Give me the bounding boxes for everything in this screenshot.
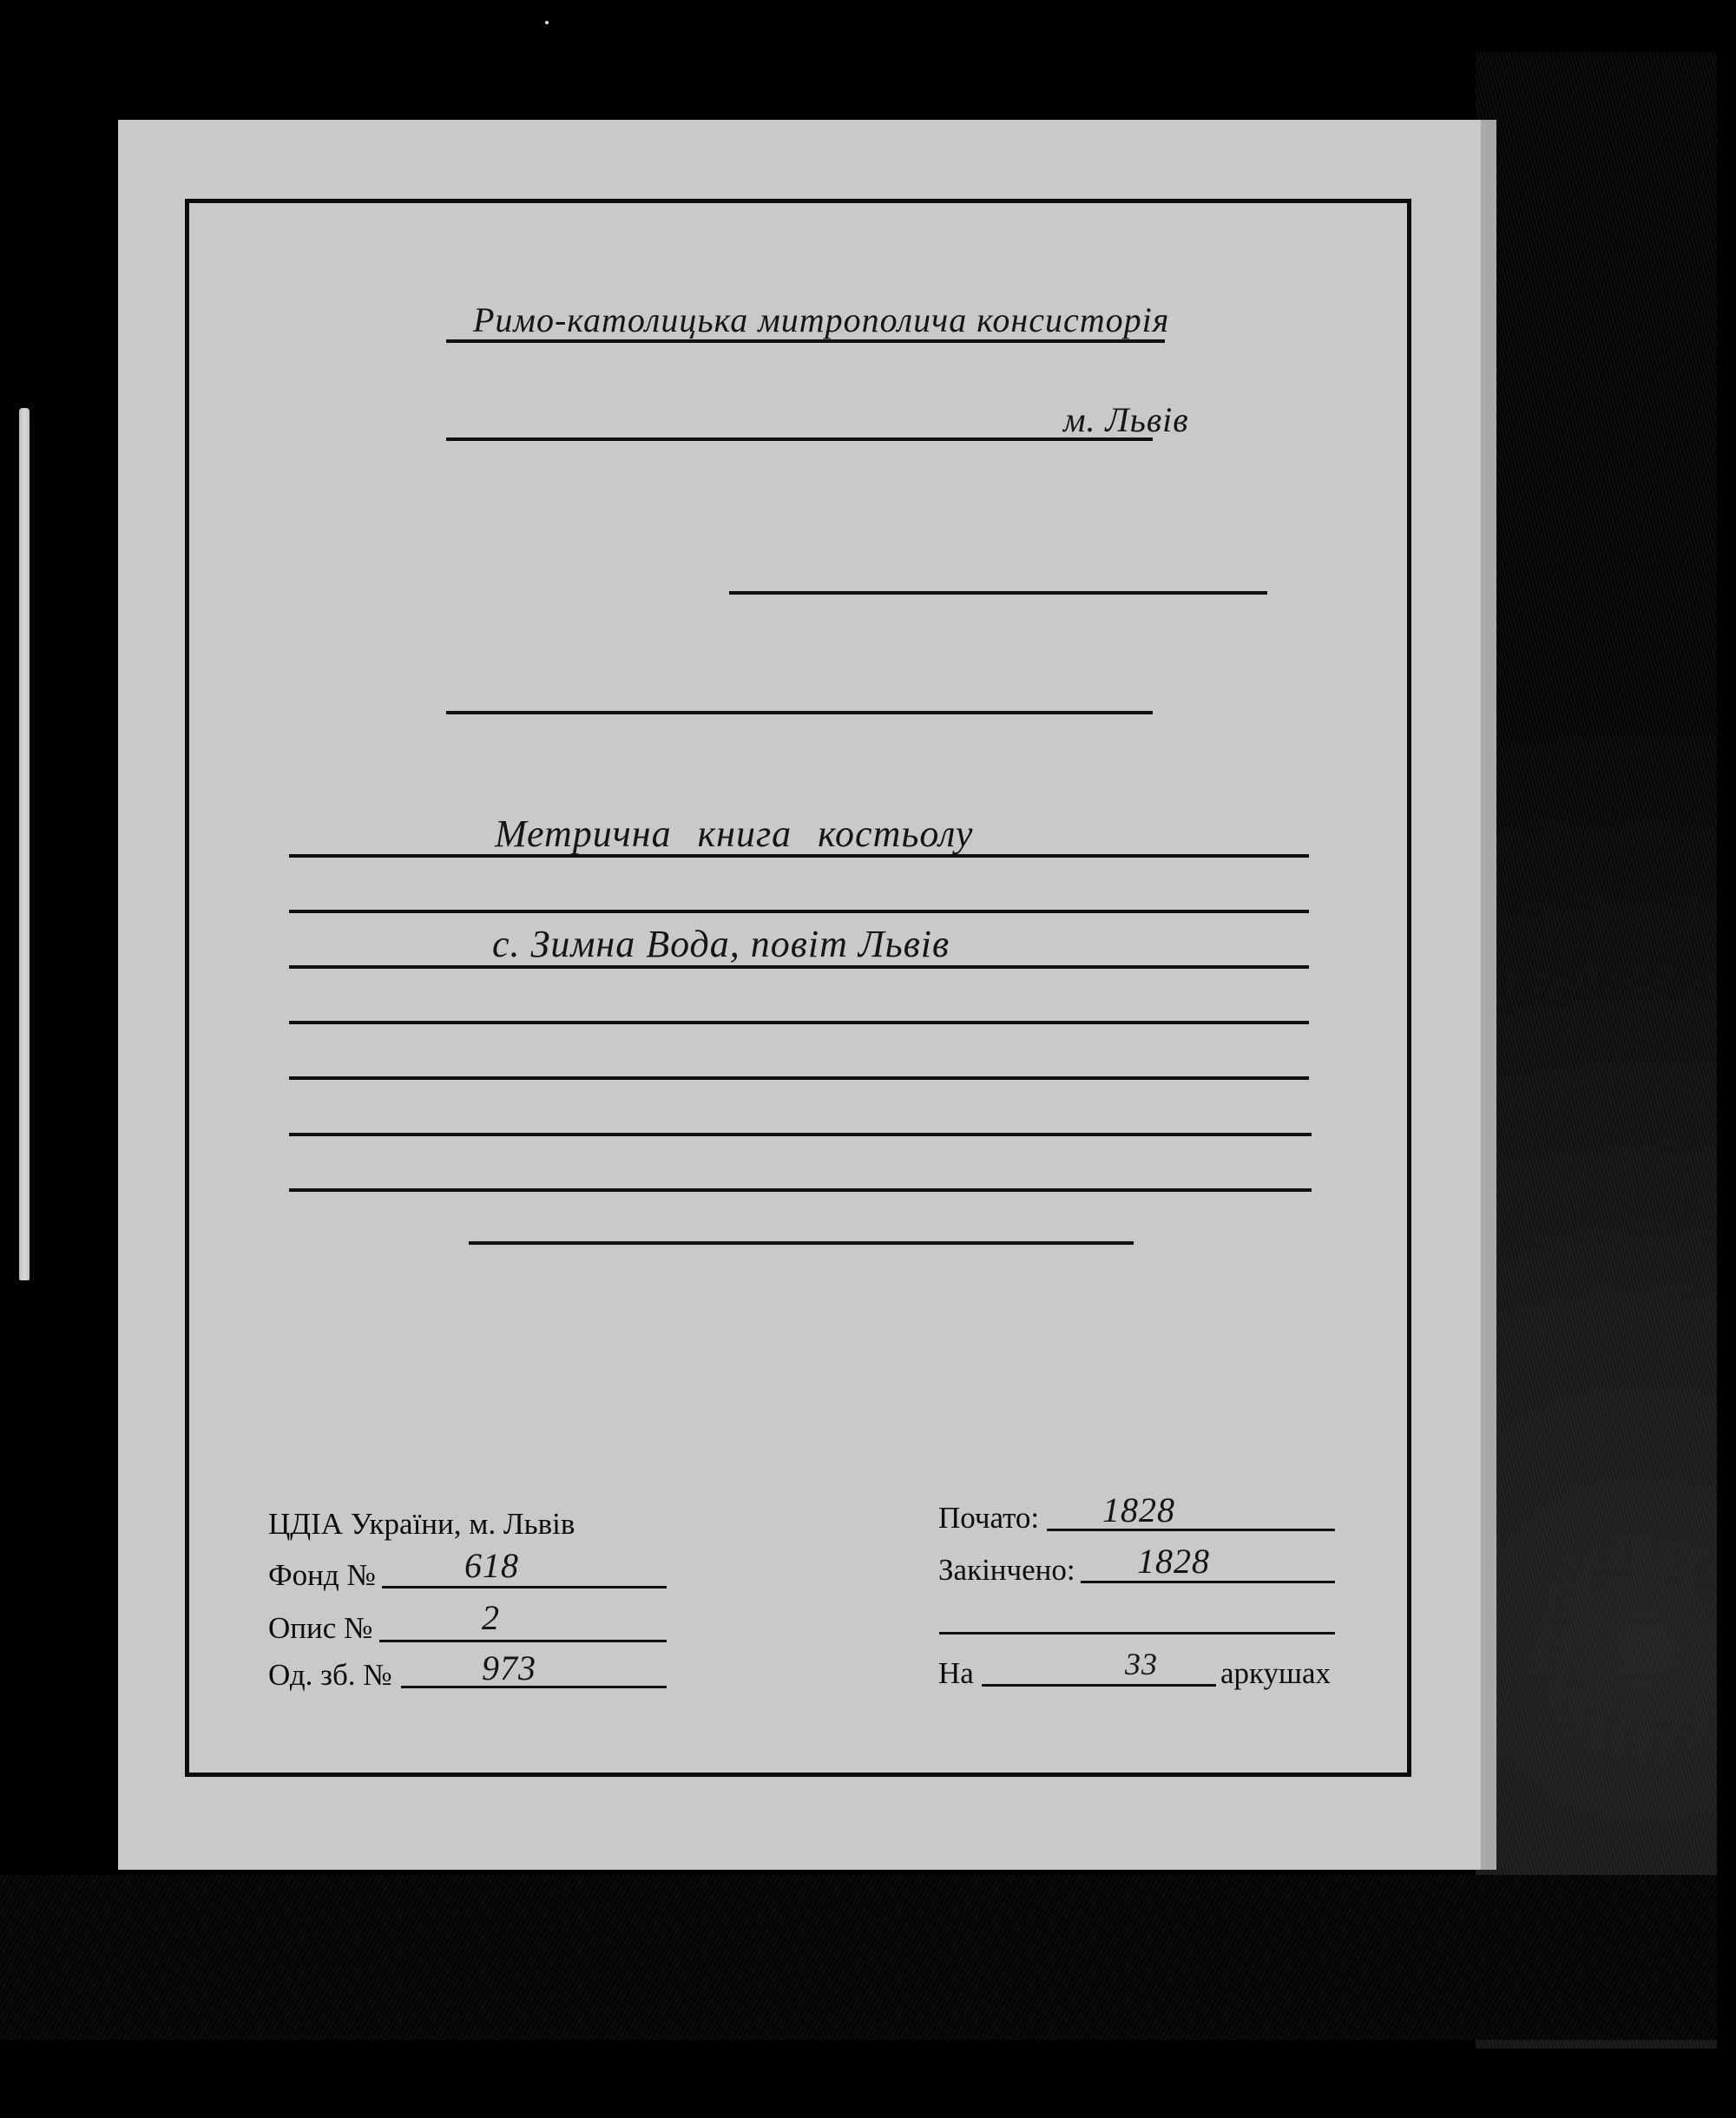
finished-value: 1828 bbox=[1137, 1541, 1210, 1582]
blank-rule bbox=[939, 1632, 1335, 1635]
started-label: Почато: bbox=[938, 1501, 1039, 1536]
rule-line bbox=[446, 437, 1153, 441]
archive-name: ЦДІА України, м. Львів bbox=[268, 1507, 575, 1542]
finished-label: Закінчено: bbox=[938, 1553, 1075, 1588]
rule-line bbox=[289, 854, 1309, 858]
rule-line bbox=[729, 591, 1267, 595]
page-edge-strip bbox=[19, 408, 30, 1280]
sheets-prefix: На bbox=[938, 1656, 974, 1691]
city-handwritten: м. Львів bbox=[1063, 399, 1189, 440]
started-rule bbox=[1047, 1529, 1335, 1531]
title-handwritten-line2: с. Зимна Вода, повіт Львів bbox=[492, 922, 950, 966]
fond-rule bbox=[382, 1586, 667, 1588]
opys-rule bbox=[379, 1640, 667, 1642]
sprava-label: Од. зб. № bbox=[268, 1658, 392, 1693]
sheets-suffix: аркушах bbox=[1220, 1656, 1331, 1691]
book-cover-texture bbox=[1476, 52, 1717, 2049]
rule-line bbox=[446, 711, 1153, 714]
rule-line bbox=[289, 1076, 1309, 1080]
rule-line bbox=[446, 339, 1165, 343]
opys-value: 2 bbox=[482, 1597, 500, 1638]
sheets-value: 33 bbox=[1125, 1646, 1158, 1682]
rule-line bbox=[289, 965, 1309, 969]
rule-line bbox=[469, 1241, 1134, 1245]
institution-handwritten: Римо-католицька митрополича консисторія bbox=[473, 299, 1169, 340]
dust-speck bbox=[545, 21, 549, 24]
fond-value: 618 bbox=[464, 1545, 519, 1586]
book-cover-bottom bbox=[0, 1875, 1717, 2040]
rule-line bbox=[289, 1133, 1312, 1136]
rule-line bbox=[289, 1188, 1312, 1192]
fond-label: Фонд № bbox=[268, 1558, 376, 1593]
sheets-rule bbox=[982, 1684, 1216, 1687]
started-value: 1828 bbox=[1102, 1490, 1175, 1530]
title-handwritten-line1: Метрична книга костьолу bbox=[495, 812, 973, 856]
sprava-value: 973 bbox=[482, 1648, 536, 1688]
rule-line bbox=[289, 910, 1309, 913]
opys-label: Опис № bbox=[268, 1611, 372, 1646]
rule-line bbox=[289, 1021, 1309, 1024]
